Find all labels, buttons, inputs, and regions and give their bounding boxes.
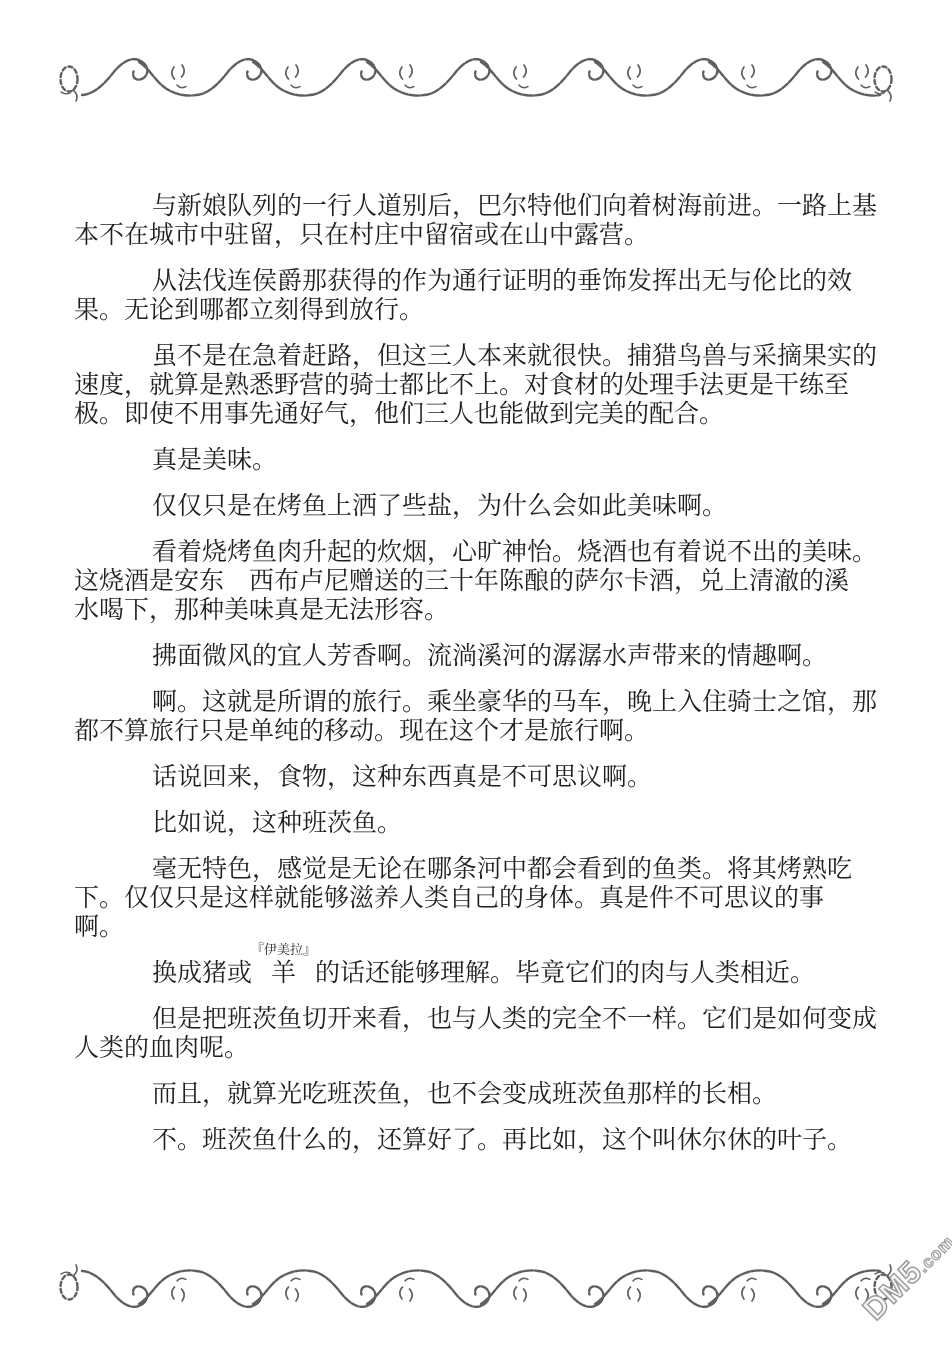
ruby-post-text: 的话还能够理解。毕竟它们的肉与人类相近。 [315, 960, 815, 987]
paragraph: 话说回来，食物，这种东西真是不可思议啊。 [74, 763, 914, 792]
ruby-pre-text: 换成猪或 [152, 960, 252, 987]
paragraph: 但是把班茨鱼切开来看，也与人类的完全不一样。它们是如何变成 人类的血肉呢。 [74, 1005, 914, 1063]
ruby-annotation: 『伊美拉』羊 [271, 959, 296, 988]
paragraph: 真是美味。 [74, 446, 914, 475]
paragraph: 从法伐连侯爵那获得的作为通行证明的垂饰发挥出无与伦比的效 果。无论到哪都立刻得到… [74, 267, 914, 325]
paragraph: 而且，就算光吃班茨鱼，也不会变成班茨鱼那样的长相。 [74, 1080, 914, 1109]
flourish-border-top-icon [58, 54, 894, 106]
paragraph: 换成猪或『伊美拉』羊的话还能够理解。毕竟它们的肉与人类相近。 [74, 959, 914, 988]
ruby-text: 『伊美拉』 [251, 943, 316, 956]
novel-page: 与新娘队列的一行人道别后，巴尔特他们向着树海前进。一路上基 本不在城市中驻留，只… [0, 0, 952, 1360]
paragraph: 仅仅只是在烤鱼上洒了些盐，为什么会如此美味啊。 [74, 492, 914, 521]
paragraph: 啊。这就是所谓的旅行。乘坐豪华的马车，晚上入住骑士之馆，那 都不算旅行只是单纯的… [74, 688, 914, 746]
watermark-suffix-text: .com [914, 1232, 952, 1276]
paragraph: 拂面微风的宜人芳香啊。流淌溪河的潺潺水声带来的情趣啊。 [74, 642, 914, 671]
paragraph: 比如说，这种班茨鱼。 [74, 809, 914, 838]
paragraph: 虽不是在急着赶路，但这三人本来就很快。捕猎鸟兽与采摘果实的 速度，就算是熟悉野营… [74, 342, 914, 429]
paragraph: 不。班茨鱼什么的，还算好了。再比如，这个叫休尔休的叶子。 [74, 1126, 914, 1155]
paragraph: 看着烧烤鱼肉升起的炊烟，心旷神怡。烧酒也有着说不出的美味。 这烧酒是安东 西布卢… [74, 538, 914, 625]
flourish-border-bottom-icon [58, 1260, 894, 1312]
novel-text: 与新娘队列的一行人道别后，巴尔特他们向着树海前进。一路上基 本不在城市中驻留，只… [74, 192, 914, 1172]
paragraph: 毫无特色，感觉是无论在哪条河中都会看到的鱼类。将其烤熟吃 下。仅仅只是这样就能够… [74, 855, 914, 942]
paragraph: 与新娘队列的一行人道别后，巴尔特他们向着树海前进。一路上基 本不在城市中驻留，只… [74, 192, 914, 250]
ruby-base: 羊 [271, 960, 296, 987]
